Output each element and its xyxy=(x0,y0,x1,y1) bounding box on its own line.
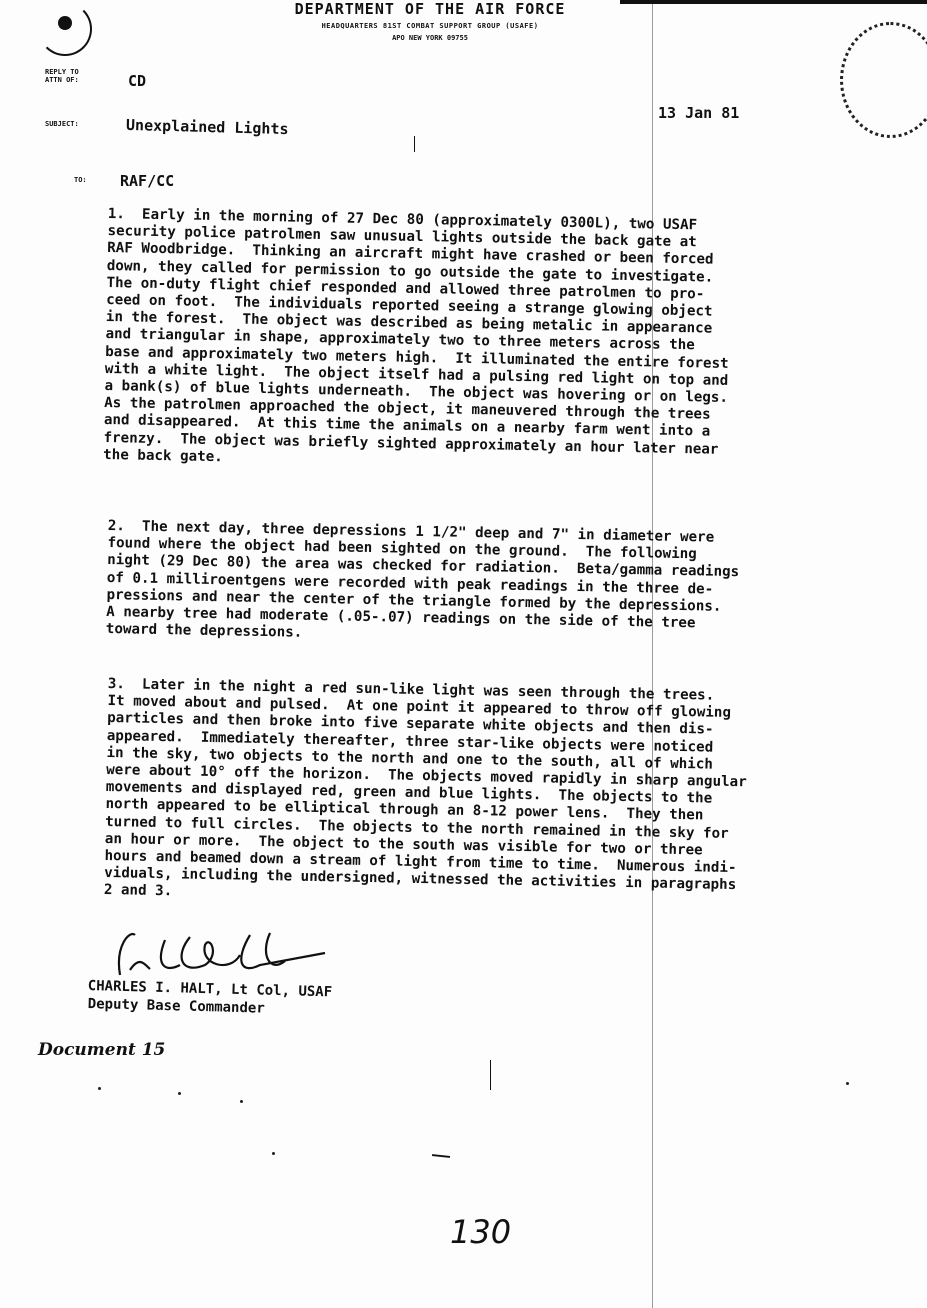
scan-speck xyxy=(178,1092,181,1095)
emblem-center-icon xyxy=(58,16,72,30)
to-label: TO: xyxy=(74,176,87,184)
subject-label: SUBJECT: xyxy=(45,120,79,128)
letterhead-department: DEPARTMENT OF THE AIR FORCE xyxy=(200,0,660,18)
memo-date: 13 Jan 81 xyxy=(658,104,739,122)
document-page: DEPARTMENT OF THE AIR FORCE HEADQUARTERS… xyxy=(0,0,927,1308)
reply-to-label: REPLY TO ATTN OF: xyxy=(45,68,85,84)
signer-title: Deputy Base Commander xyxy=(88,996,265,1017)
scan-speck xyxy=(98,1087,101,1090)
paragraph-3: 3. Later in the night a red sun-like lig… xyxy=(104,676,903,915)
scan-mark xyxy=(432,1154,450,1158)
reply-to-value: CD xyxy=(128,72,146,90)
scan-speck xyxy=(272,1152,275,1155)
scan-mark xyxy=(414,136,415,152)
scan-fold-line xyxy=(652,0,653,1308)
paragraph-2: 2. The next day, three depressions 1 1/2… xyxy=(106,518,903,654)
handwritten-signature xyxy=(110,925,340,985)
scan-mark xyxy=(490,1060,491,1090)
scan-speck xyxy=(240,1100,243,1103)
letterhead-unit: HEADQUARTERS 81ST COMBAT SUPPORT GROUP (… xyxy=(200,22,660,30)
handwritten-document-note: Document 15 xyxy=(38,1040,165,1060)
scan-speck xyxy=(846,1082,849,1085)
letterhead-address: APO NEW YORK 09755 xyxy=(200,34,660,42)
to-value: RAF/CC xyxy=(120,172,174,190)
paragraph-1: 1. Early in the morning of 27 Dec 80 (ap… xyxy=(103,206,903,479)
page-number: 130 xyxy=(450,1213,511,1251)
scan-edge xyxy=(620,0,927,4)
stamp-seal-icon xyxy=(840,22,927,138)
subject-value: Unexplained Lights xyxy=(126,116,289,138)
